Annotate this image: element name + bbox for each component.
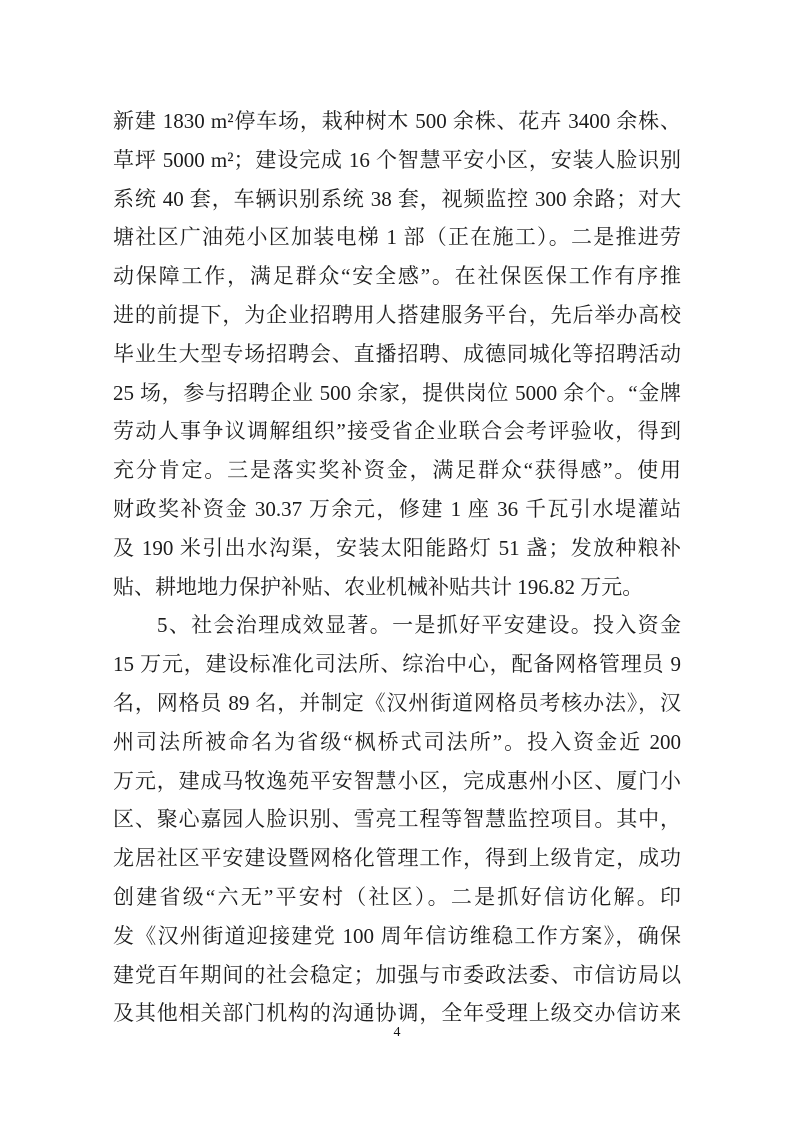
document-body: 新建 1830 m²停车场，栽种树木 500 余株、花卉 3400 余株、草坪 …	[113, 102, 681, 1033]
text-line: 财政奖补资金 30.37 万余元，修建 1 座 36 千瓦引水堤灌站	[113, 490, 681, 529]
text-line: 塘社区广油苑小区加装电梯 1 部（正在施工）。二是推进劳	[113, 218, 681, 257]
text-line: 建党百年期间的社会稳定；加强与市委政法委、市信访局以	[113, 956, 681, 995]
text-line: 25 场，参与招聘企业 500 余家，提供岗位 5000 余个。“金牌	[113, 374, 681, 413]
text-line: 发《汉州街道迎接建党 100 周年信访维稳工作方案》，确保	[113, 917, 681, 956]
text-line: 龙居社区平安建设暨网格化管理工作，得到上级肯定，成功	[113, 839, 681, 878]
text-line: 动保障工作，满足群众“安全感”。在社保医保工作有序推	[113, 257, 681, 296]
text-line: 万元，建成马牧逸苑平安智慧小区，完成惠州小区、厦门小	[113, 762, 681, 801]
text-line: 5、社会治理成效显著。一是抓好平安建设。投入资金	[113, 606, 681, 645]
text-line: 贴、耕地地力保护补贴、农业机械补贴共计 196.82 万元。	[113, 568, 681, 607]
text-line: 进的前提下，为企业招聘用人搭建服务平台，先后举办高校	[113, 296, 681, 335]
text-line: 区、聚心嘉园人脸识别、雪亮工程等智慧监控项目。其中，	[113, 800, 681, 839]
page-number: 4	[394, 1025, 401, 1040]
text-line: 创建省级“六无”平安村（社区）。二是抓好信访化解。印	[113, 878, 681, 917]
text-line: 15 万元，建设标准化司法所、综治中心，配备网格管理员 9	[113, 645, 681, 684]
text-line: 草坪 5000 m²；建设完成 16 个智慧平安小区，安装人脸识别	[113, 141, 681, 180]
text-line: 系统 40 套，车辆识别系统 38 套，视频监控 300 余路；对大	[113, 180, 681, 219]
text-line: 充分肯定。三是落实奖补资金，满足群众“获得感”。使用	[113, 451, 681, 490]
text-line: 劳动人事争议调解组织”接受省企业联合会考评验收，得到	[113, 412, 681, 451]
text-line: 州司法所被命名为省级“枫桥式司法所”。投入资金近 200	[113, 723, 681, 762]
text-line: 名，网格员 89 名，并制定《汉州街道网格员考核办法》，汉	[113, 684, 681, 723]
text-line: 新建 1830 m²停车场，栽种树木 500 余株、花卉 3400 余株、	[113, 102, 681, 141]
text-line: 毕业生大型专场招聘会、直播招聘、成德同城化等招聘活动	[113, 335, 681, 374]
page-footer: 4	[113, 1023, 681, 1042]
paragraph: 新建 1830 m²停车场，栽种树木 500 余株、花卉 3400 余株、草坪 …	[113, 102, 681, 606]
paragraph: 5、社会治理成效显著。一是抓好平安建设。投入资金15 万元，建设标准化司法所、综…	[113, 606, 681, 1033]
document-page: 新建 1830 m²停车场，栽种树木 500 余株、花卉 3400 余株、草坪 …	[0, 0, 793, 1122]
text-line: 及 190 米引出水沟渠，安装太阳能路灯 51 盏；发放种粮补	[113, 529, 681, 568]
